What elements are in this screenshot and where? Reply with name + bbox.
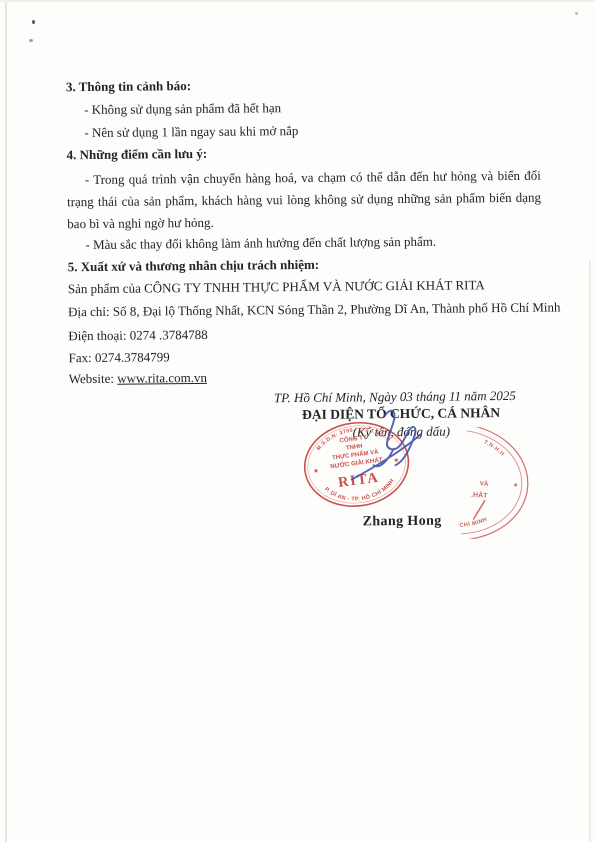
section3-heading: 3. Thông tin cảnh báo:	[66, 77, 191, 96]
website-line: Website: www.rita.com.vn	[69, 369, 207, 388]
signer-name: Zhang Hong	[278, 513, 526, 531]
document-content: 3. Thông tin cảnh báo: - Không sử dụng s…	[0, 0, 595, 842]
warning-item-1: - Không sử dụng sản phẩm đã hết hạn	[84, 99, 281, 119]
handwritten-signature	[333, 401, 442, 494]
stamp-star-left-icon: ★	[313, 466, 320, 475]
section4-heading: 4. Những điểm cần lưu ý:	[67, 145, 208, 164]
phone-line: Điện thoại: 0274 .3784788	[68, 326, 208, 345]
website-label: Website:	[69, 371, 118, 386]
section5-heading: 5. Xuất xứ và thương nhân chịu trách nhi…	[68, 256, 320, 276]
warning-item-2: - Nên sử dụng 1 lần ngay sau khi mở nắp	[84, 122, 298, 142]
partial-stamp-arc-top-text: T.N.H.H	[482, 439, 506, 458]
partial-stamp-star-icon: ★	[512, 482, 519, 488]
handling-paragraph: - Trong quá trình vận chuyển hàng hoá, v…	[67, 165, 542, 236]
website-link[interactable]: www.rita.com.vn	[117, 370, 207, 386]
partial-stamp-fragment-hat: .HÁT	[471, 490, 489, 500]
partial-stamp-fragment-va: VÀ	[480, 480, 490, 488]
color-note: - Màu sắc thay đổi không làm ảnh hưởng đ…	[85, 233, 436, 254]
scanned-document-page: 3. Thông tin cảnh báo: - Không sử dụng s…	[0, 0, 595, 842]
fax-line: Fax: 0274.3784799	[68, 348, 169, 367]
product-line: Sản phẩm của CÔNG TY TNHH THỰC PHẨM VÀ N…	[68, 276, 485, 298]
address-line: Địa chỉ: Số 8, Đại lộ Thống Nhất, KCN Só…	[68, 299, 561, 322]
